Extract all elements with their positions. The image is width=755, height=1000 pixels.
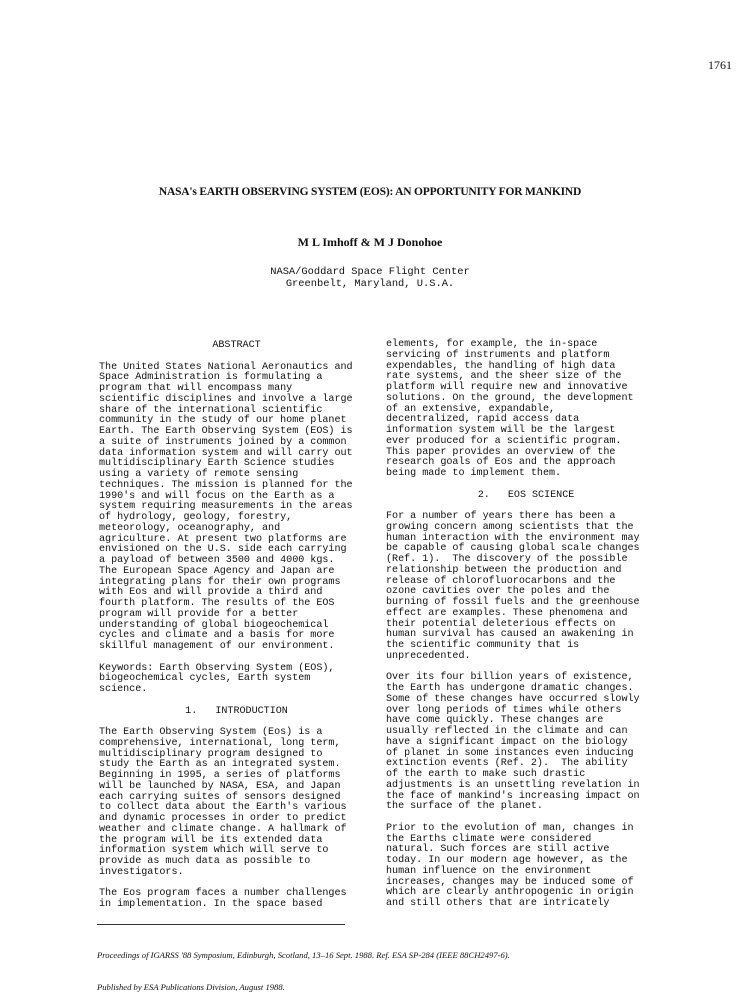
introduction-heading: 1. INTRODUCTION	[99, 707, 374, 718]
footnote: Proceedings of IGARSS '88 Symposium, Edi…	[97, 929, 510, 1000]
text-line: adjustments is an unsettling revelation …	[386, 781, 666, 792]
abstract-body: The United States National Aeronautics a…	[99, 363, 374, 653]
text-line: unprecedented.	[386, 652, 666, 663]
introduction-paragraph: The Eos program faces a number challenge…	[99, 889, 374, 911]
text-line: a suite of instruments joined by a commo…	[99, 438, 374, 449]
text-line: being made to implement them.	[386, 469, 666, 480]
text-line: human influence on the environment	[386, 867, 666, 878]
eos-science-paragraph: Over its four billion years of existence…	[386, 673, 666, 813]
text-line: The European Space Agency and Japan are	[99, 567, 374, 578]
text-line: solutions. On the ground, the developmen…	[386, 394, 666, 405]
eos-science-paragraph: Prior to the evolution of man, changes i…	[386, 824, 666, 910]
abstract-heading: ABSTRACT	[99, 341, 374, 352]
introduction-paragraph: The Earth Observing System (Eos) is acom…	[99, 728, 374, 879]
eos-science-paragraph: For a number of years there has been agr…	[386, 512, 666, 663]
affiliation-line: Greenbelt, Maryland, U.S.A.	[200, 278, 540, 290]
text-line: servicing of instruments and platform	[386, 351, 666, 362]
text-line: science.	[99, 685, 374, 696]
text-line: scientific disciplines and involve a lar…	[99, 395, 374, 406]
footnote-line: Proceedings of IGARSS '88 Symposium, Edi…	[97, 950, 510, 961]
eos-science-heading: 2. EOS SCIENCE	[386, 491, 666, 502]
text-line: have a significant impact on the biology	[386, 738, 666, 749]
text-line: ever produced for a scientific program.	[386, 437, 666, 448]
page-number: 1761	[708, 58, 732, 73]
text-line: program will provide for a better	[99, 610, 374, 621]
text-line: will be launched by NASA, ESA, and Japan	[99, 782, 374, 793]
text-line: effect are examples. These phenomena and	[386, 609, 666, 620]
author-affiliation: NASA/Goddard Space Flight Center Greenbe…	[200, 266, 540, 290]
text-line: techniques. The mission is planned for t…	[99, 481, 374, 492]
text-line: comprehensive, international, long term,	[99, 739, 374, 750]
left-column: ABSTRACT The United States National Aero…	[99, 341, 374, 922]
text-line: weather and climate change. A hallmark o…	[99, 825, 374, 836]
affiliation-line: NASA/Goddard Space Flight Center	[200, 266, 540, 278]
footnote-line: Published by ESA Publications Division, …	[97, 982, 510, 993]
paper-authors: M L Imhoff & M J Donohoe	[110, 235, 630, 250]
footnote-divider	[97, 924, 345, 925]
text-line: Prior to the evolution of man, changes i…	[386, 824, 666, 835]
text-line: meteorology, oceanography, and	[99, 524, 374, 535]
text-line: Some of these changes have occurred slow…	[386, 695, 666, 706]
text-line: and still others that are intricately	[386, 899, 666, 910]
text-line: skillful management of our environment.	[99, 642, 374, 653]
text-line: investigators.	[99, 868, 374, 879]
text-line: relationship between the production and	[386, 566, 666, 577]
text-line: in implementation. In the space based	[99, 900, 374, 911]
text-line: growing concern among scientists that th…	[386, 523, 666, 534]
paper-title: NASA's EARTH OBSERVING SYSTEM (EOS): AN …	[110, 186, 630, 198]
keywords: Keywords: Earth Observing System (EOS),b…	[99, 664, 374, 696]
text-line: the surface of the planet.	[386, 802, 666, 813]
introduction-continuation: elements, for example, the in-spaceservi…	[386, 340, 666, 480]
right-column: elements, for example, the in-spaceservi…	[386, 340, 666, 921]
